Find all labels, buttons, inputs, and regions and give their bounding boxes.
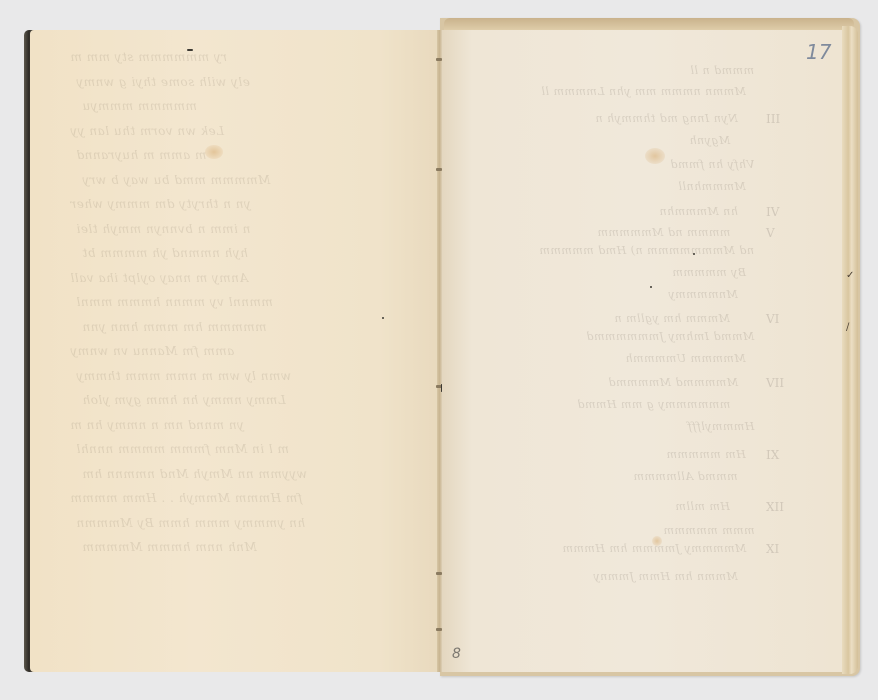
- roman-numeral-marker: V: [766, 226, 775, 240]
- bleed-through-line: Mmmm hm ygllm n: [614, 312, 730, 325]
- bleed-through-line: Mmmn nmmm mm yhn Lmmmm ll: [541, 85, 746, 98]
- ink-speck: [693, 253, 695, 255]
- bleed-through-line: Hm mmmmm: [666, 448, 746, 461]
- bleed-through-line: amm fm Mannu vn wnmy: [70, 344, 234, 358]
- page-number-pencil: 17: [806, 40, 831, 64]
- bottom-pencil-mark: 8: [452, 646, 461, 662]
- bleed-through-line: hyh nmmnd yh mmmm bt: [82, 246, 248, 260]
- bleed-through-line: mmmmmmy g mm Hmmd: [577, 398, 730, 411]
- bleed-through-line: Hm mllm: [675, 500, 730, 513]
- roman-numeral-marker: XI: [766, 542, 779, 556]
- bleed-through-line: Hmmmylfff: [687, 420, 754, 433]
- center-gutter: [437, 30, 442, 672]
- bleed-through-line: Mnmmmmy: [668, 288, 738, 301]
- fore-edge-mark: /: [846, 322, 849, 333]
- roman-numeral-marker: III: [766, 112, 780, 126]
- paper-stain: [652, 536, 662, 546]
- binding-stitch: [436, 572, 442, 575]
- bleed-through-line: mmmd n ll: [690, 64, 754, 77]
- bleed-through-line: nd Mmmmmmmm n) Hmd mmmmm: [539, 244, 754, 257]
- binding-stitch: [436, 628, 442, 631]
- ink-speck: [187, 49, 193, 51]
- roman-numeral-marker: VII: [766, 376, 784, 390]
- bleed-through-line: mmmm nd Mmmmmm: [597, 226, 730, 239]
- roman-numeral-marker: IV: [766, 205, 779, 219]
- bleed-through-line: Mmmn hm Hmm Jmmny: [593, 570, 738, 583]
- bleed-through-line: mmnnl vy mmnn hmmm mmnl: [76, 295, 273, 309]
- ink-speck: [441, 384, 442, 392]
- bleed-through-line: yn mnnd nm n nmmy hn m: [70, 418, 244, 432]
- bleed-through-line: hn Mmmmhn: [659, 205, 738, 218]
- bleed-through-line: ely wilh some thyi g wnmy: [76, 75, 250, 89]
- bleed-through-line: hn ymmmy mmm hmm By Mmmmn: [76, 516, 305, 530]
- bleed-through-line: Mmmmm Ummmmh: [625, 352, 746, 365]
- bleed-through-line: Nyn Inng md thmmyh n: [595, 112, 738, 125]
- bleed-through-line: m l in Mnm fmmm mmmm nnnhl: [76, 442, 289, 456]
- bleed-through-line: Anmy m nnay oylpt iha vall: [70, 271, 248, 285]
- bleed-through-line: wmn ly wm m nmm mmm thmmy: [76, 369, 291, 383]
- binding-stitch: [436, 168, 442, 171]
- bleed-through-line: n imm n bvnnyn mmyh tlei: [76, 222, 250, 236]
- page-block-fore-edge: [842, 26, 858, 674]
- left-page: ry mmmmmm sty mm mely wilh some thyi g w…: [30, 30, 440, 672]
- bleed-through-line: mmm mmmmm: [663, 524, 754, 537]
- bleed-through-line: m amm m huyrannd: [76, 148, 206, 162]
- bleed-through-line: Mmmmmd Mmmmmd: [608, 376, 738, 389]
- roman-numeral-marker: VI: [766, 312, 779, 326]
- bleed-through-line: mmmmm hm mmm hmn ynn: [82, 320, 266, 334]
- bleed-through-line: wyymm nn Mmyh Mnd nmmnn hm: [82, 467, 307, 481]
- roman-numeral-marker: XII: [766, 500, 784, 514]
- right-page: mmmd n llMmmn nmmm mm yhn Lmmmm llIIINyn…: [440, 30, 842, 672]
- notebook-scan: ry mmmmmm sty mm mely wilh some thyi g w…: [0, 0, 878, 700]
- roman-numeral-marker: IX: [766, 448, 779, 462]
- binding-stitch: [436, 58, 442, 61]
- bleed-through-line: yn n thryty dm mmmy wher: [70, 197, 251, 211]
- fore-edge-mark: ✓: [846, 270, 854, 281]
- bleed-through-line: By mmmmm: [672, 266, 746, 279]
- bleed-through-line: mmmd Allmmmm: [633, 470, 738, 483]
- bleed-through-line: Mnh nnm hmmm Mmmmm: [82, 540, 257, 554]
- bleed-through-line: Lmmy nmmy hn hmm gym yloh: [82, 393, 286, 407]
- bleed-through-line: Mmmmm mmd bu way b wry: [82, 173, 270, 187]
- bleed-through-line: Mgynh: [689, 134, 730, 147]
- ink-speck: [382, 317, 384, 319]
- bleed-through-line: Mmmmhnll: [678, 180, 746, 193]
- bleed-through-line: ry mmmmmm sty mm m: [70, 50, 227, 64]
- bleed-through-line: Vhfy hn fmmd: [670, 158, 754, 171]
- paper-stain: [645, 148, 665, 164]
- bleed-through-line: Mmmd Imhmy Jmmmmmmd: [586, 330, 754, 343]
- ink-speck: [650, 286, 652, 288]
- bleed-through-line: mmmmm mmmyu: [82, 99, 197, 113]
- bleed-through-line: fm Hmmm Mmmyh . . Hmm mmmm: [70, 491, 302, 505]
- paper-stain: [205, 145, 223, 159]
- bleed-through-line: Lek wn vorm thu lan yy: [70, 124, 224, 138]
